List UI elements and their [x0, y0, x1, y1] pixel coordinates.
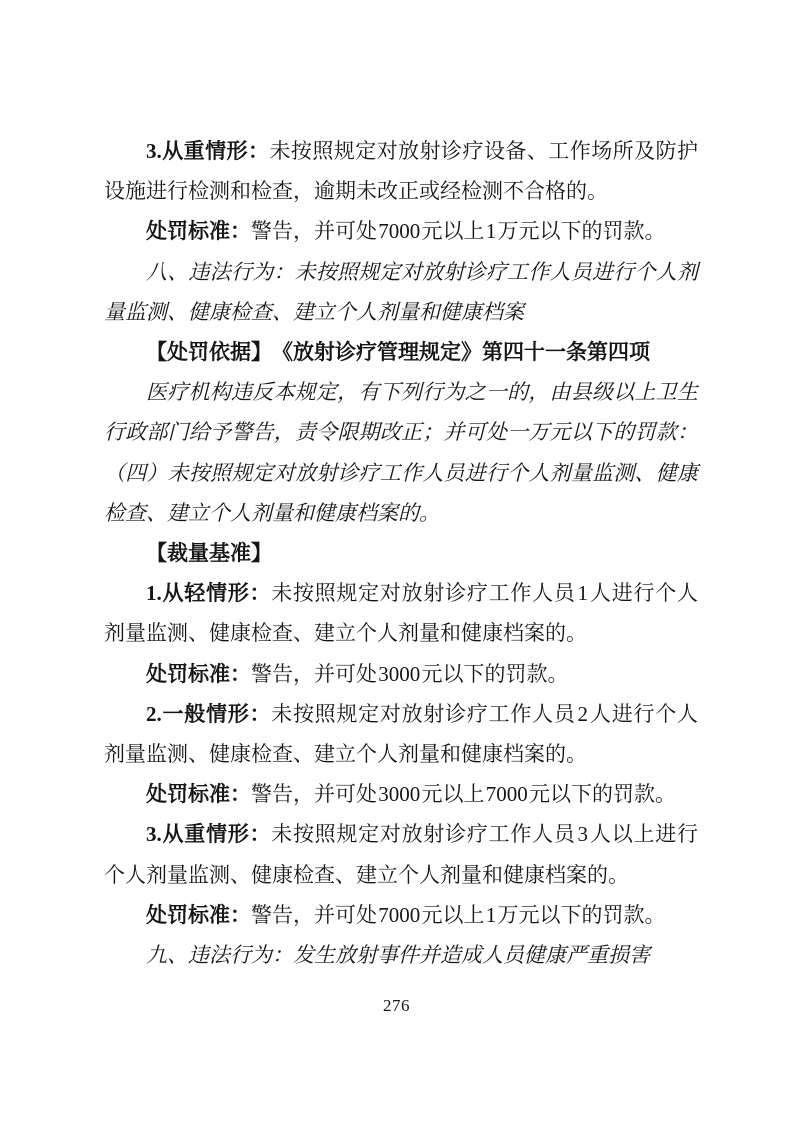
- paragraph-lead: 2.一般情形：: [146, 702, 271, 726]
- paragraph-text: 警告，并可处 3000 元以下的罚款。: [251, 662, 569, 686]
- paragraph-item: 处罚标准：警告，并可处 3000 元以下的罚款。: [104, 654, 698, 694]
- paragraph-lead: 【裁量基准】: [146, 541, 272, 565]
- document-body: 3.从重情形：未按照规定对放射诊疗设备、工作场所及防护设施进行检测和检查，逾期未…: [104, 131, 698, 975]
- paragraph-lead: 处罚标准：: [146, 782, 251, 806]
- paragraph-text: 八、违法行为：未按照规定对放射诊疗工作人员进行个人剂量监测、健康检查、建立个人剂…: [104, 260, 698, 324]
- paragraph-item: 3.从重情形：未按照规定对放射诊疗工作人员 3 人以上进行个人剂量监测、健康检查…: [104, 814, 698, 894]
- page-number: 276: [383, 996, 410, 1015]
- paragraph-text: 医疗机构违反本规定，有下列行为之一的，由县级以上卫生行政部门给予警告，责令限期改…: [104, 380, 698, 525]
- paragraph-kaiti: 八、违法行为：未按照规定对放射诊疗工作人员进行个人剂量监测、健康检查、建立个人剂…: [104, 252, 698, 332]
- paragraph-lead: 3.从重情形：: [146, 822, 271, 846]
- paragraph-heading: 【裁量基准】: [104, 533, 698, 573]
- paragraph-item: 2.一般情形：未按照规定对放射诊疗工作人员 2 人进行个人剂量监测、健康检查、建…: [104, 694, 698, 774]
- paragraph-lead: 3.从重情形：: [146, 139, 269, 163]
- paragraph-lead: 【处罚依据】: [146, 340, 262, 364]
- paragraph-text: 警告，并可处 7000 元以上 1 万元以下的罚款。: [251, 219, 666, 243]
- paragraph-text: 警告，并可处 3000 元以上 7000 元以下的罚款。: [251, 782, 676, 806]
- paragraph-text: 九、违法行为：发生放射事件并造成人员健康严重损害: [146, 943, 650, 967]
- paragraph-text: 《放射诊疗管理规定》第四十一条第四项: [262, 340, 651, 364]
- paragraph-kaiti: 九、违法行为：发生放射事件并造成人员健康严重损害: [104, 935, 698, 975]
- page-footer: 276: [0, 996, 793, 1016]
- paragraph-lead: 处罚标准：: [146, 903, 251, 927]
- paragraph-kaiti: 医疗机构违反本规定，有下列行为之一的，由县级以上卫生行政部门给予警告，责令限期改…: [104, 372, 698, 533]
- paragraph-heading: 【处罚依据】 《放射诊疗管理规定》第四十一条第四项: [104, 332, 698, 372]
- paragraph-item: 处罚标准：警告，并可处 7000 元以上 1 万元以下的罚款。: [104, 211, 698, 251]
- paragraph-lead: 1.从轻情形：: [146, 581, 271, 605]
- document-page: 3.从重情形：未按照规定对放射诊疗设备、工作场所及防护设施进行检测和检查，逾期未…: [0, 0, 793, 1122]
- paragraph-lead: 处罚标准：: [146, 219, 251, 243]
- paragraph-item: 处罚标准：警告，并可处 7000 元以上 1 万元以下的罚款。: [104, 895, 698, 935]
- paragraph-lead: 处罚标准：: [146, 662, 251, 686]
- paragraph-item: 3.从重情形：未按照规定对放射诊疗设备、工作场所及防护设施进行检测和检查，逾期未…: [104, 131, 698, 211]
- paragraph-text: 警告，并可处 7000 元以上 1 万元以下的罚款。: [251, 903, 666, 927]
- paragraph-item: 1.从轻情形：未按照规定对放射诊疗工作人员 1 人进行个人剂量监测、健康检查、建…: [104, 573, 698, 653]
- paragraph-item: 处罚标准：警告，并可处 3000 元以上 7000 元以下的罚款。: [104, 774, 698, 814]
